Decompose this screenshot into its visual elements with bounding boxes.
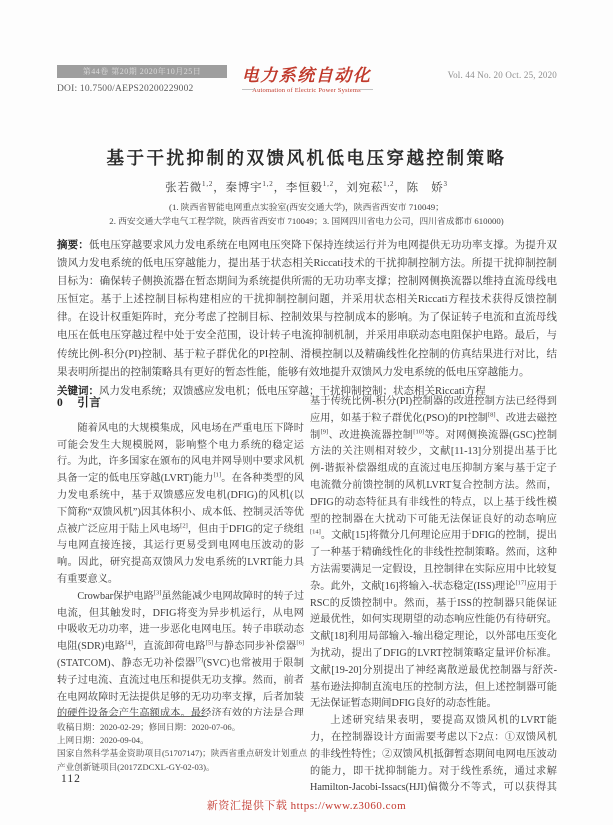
- footnote-line: 收稿日期：2020-02-29；修回日期：2020-07-06。: [57, 721, 307, 734]
- body-column-left: 0引言 随着风电的大规模集成，风电场在严重电压下降时可能会发生大规模脱网，影响整…: [57, 394, 304, 716]
- footnote-block: 收稿日期：2020-02-29；修回日期：2020-07-06。 上网日期：20…: [57, 721, 307, 774]
- paper-page: 第44卷 第20期 2020年10月25日 DOI: 10.7500/AEPS2…: [0, 0, 613, 825]
- volume-issue-en: Vol. 44 No. 20 Oct. 25, 2020: [448, 70, 557, 80]
- footnote-rule: [57, 716, 207, 717]
- paragraph: 基于传统比例-积分(PI)控制器的改进控制方法已经得到应用，如基于粒子群优化(P…: [310, 394, 557, 713]
- author: 秦博宇1,2: [226, 182, 274, 194]
- paragraph: 随着风电的大规模集成，风电场在严重电压下降时可能会发生大规模脱网，影响整个电力系…: [57, 421, 304, 589]
- author-affil-sup: 1,2: [383, 180, 394, 188]
- author-separator: ，: [213, 182, 225, 194]
- watermark-text: 新资汇提供下载 https://www.z3060.com: [0, 797, 613, 813]
- section-title: 引言: [77, 397, 101, 409]
- abstract-label: 摘要：: [57, 240, 89, 251]
- author: 李恒毅1,2: [286, 182, 334, 194]
- paragraph: Crowbar保护电路[3]虽然能减少电网故障时的转子过电流，但其触发时，DFI…: [57, 589, 304, 716]
- affiliations: (1. 陕西省智能电网重点实验室(西安交通大学)，陕西省西安市 710049； …: [0, 201, 613, 228]
- author-affil-sup: 1,2: [202, 180, 213, 188]
- author: 陈 娇3: [407, 182, 448, 194]
- paragraph: 上述研究结果表明，要提高双馈风机的LVRT能力，在控制器设计方面需要考虑以下2点…: [310, 713, 557, 792]
- author-affil-sup: 1,2: [262, 180, 273, 188]
- section-number: 0: [57, 397, 63, 409]
- author-separator: ，: [334, 182, 346, 194]
- abstract-text: 低电压穿越要求风力发电系统在电网电压突降下保持连续运行并为电网提供无功功率支撑。…: [57, 240, 557, 378]
- footnote-line: 国家自然科学基金资助项目(51707147)；陕西省重点研发计划重点产业创新链项…: [57, 747, 307, 773]
- author-list: 张若微1,2，秦博宇1,2，李恒毅1,2，刘宛菘1,2，陈 娇3: [0, 179, 613, 195]
- abstract-paragraph: 摘要：低电压穿越要求风力发电系统在电网电压突降下保持连续运行并为电网提供无功功率…: [57, 237, 557, 382]
- body-column-right: 基于传统比例-积分(PI)控制器的改进控制方法已经得到应用，如基于粒子群优化(P…: [310, 394, 557, 792]
- author: 刘宛菘1,2: [346, 182, 394, 194]
- author: 张若微1,2: [165, 182, 213, 194]
- abstract-block: 摘要：低电压穿越要求风力发电系统在电网电压突降下保持连续运行并为电网提供无功功率…: [57, 237, 557, 401]
- journal-name-en: Automation of Electric Power Systems: [0, 87, 613, 94]
- affiliation-line: 2. 西安交通大学电气工程学院，陕西省西安市 710049；3. 国网四川省电力…: [0, 215, 613, 229]
- logo-rule-left: [242, 89, 256, 90]
- footnote-line: 上网日期：2020-09-04。: [57, 734, 307, 747]
- affiliation-line: (1. 陕西省智能电网重点实验室(西安交通大学)，陕西省西安市 710049；: [0, 201, 613, 215]
- author-affil-sup: 1,2: [323, 180, 334, 188]
- author-affil-sup: 3: [444, 180, 448, 188]
- logo-rule-right: [359, 89, 373, 90]
- section-heading: 0引言: [57, 395, 304, 412]
- author-separator: ，: [274, 182, 286, 194]
- author-separator: ，: [394, 182, 406, 194]
- paper-title: 基于干扰抑制的双馈风机低电压穿越控制策略: [0, 145, 613, 170]
- page-number: 112: [61, 773, 81, 785]
